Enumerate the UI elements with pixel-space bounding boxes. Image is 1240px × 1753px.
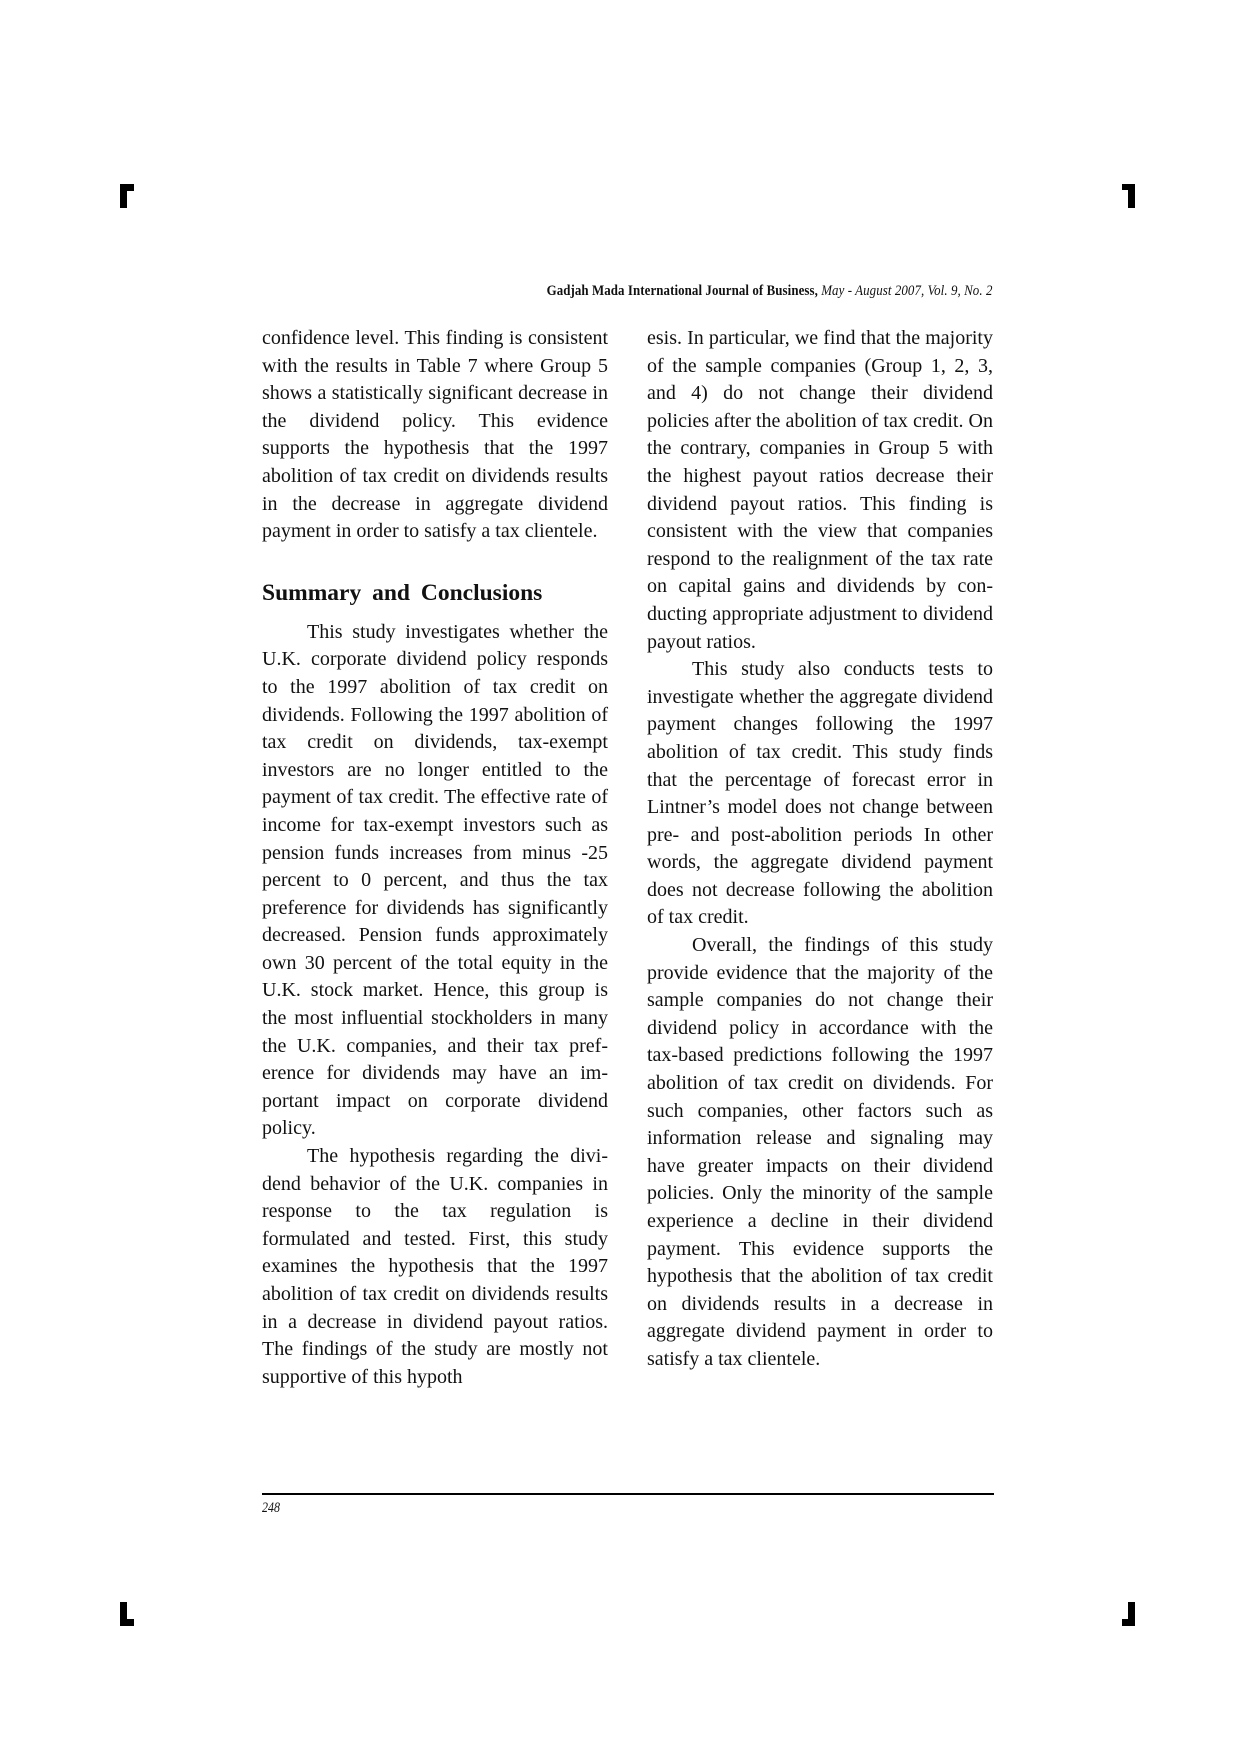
- crop-mark-top-left: [120, 184, 134, 191]
- journal-title: Gadjah Mada International Journal of Bus…: [547, 283, 818, 299]
- crop-mark-bottom-right: [1122, 1619, 1135, 1626]
- paragraph: esis. In particular, we find that the ma…: [647, 325, 993, 656]
- crop-mark-bottom-left: [120, 1619, 134, 1626]
- crop-mark-top-right: [1122, 184, 1135, 190]
- paragraph: The hypothesis regarding the divi­dend b…: [262, 1143, 608, 1391]
- page-number: 248: [262, 1500, 280, 1517]
- paragraph: This study investigates whether the U.K.…: [262, 619, 608, 1143]
- running-head: Gadjah Mada International Journal of Bus…: [547, 283, 993, 300]
- footer-rule: [262, 1493, 994, 1495]
- section-heading: Summary and Conclusions: [262, 579, 608, 607]
- left-column: confidence level. This finding is con­si…: [262, 325, 608, 1391]
- paragraph: confidence level. This finding is con­si…: [262, 325, 608, 546]
- right-column: esis. In particular, we find that the ma…: [647, 325, 993, 1374]
- issue-info: May - August 2007, Vol. 9, No. 2: [818, 283, 993, 299]
- paragraph: This study also conducts tests to invest…: [647, 656, 993, 932]
- paragraph: Overall, the findings of this study prov…: [647, 932, 993, 1374]
